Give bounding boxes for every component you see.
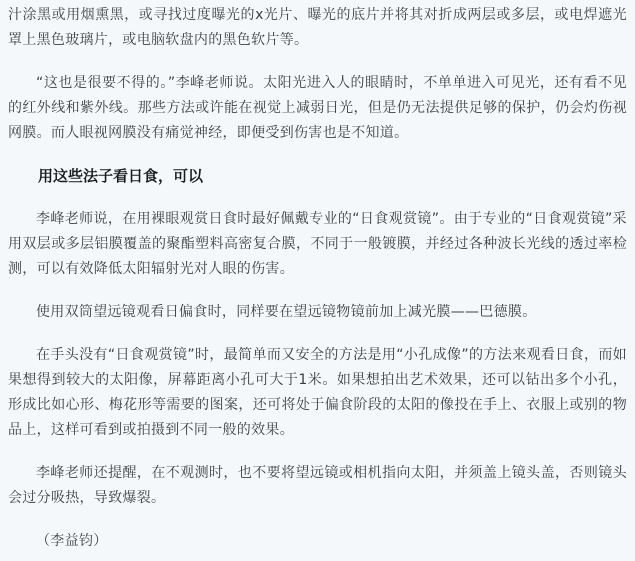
paragraph-methods-continuation: 汁涂黑或用烟熏黑，或寻找过度曝光的x光片、曝光的底片并将其对折成两层或多层，或电…: [8, 3, 627, 53]
section-heading: 用这些法子看日食，可以: [8, 164, 627, 189]
article-body: 汁涂黑或用烟熏黑，或寻找过度曝光的x光片、曝光的底片并将其对折成两层或多层，或电…: [0, 0, 635, 554]
paragraph-binoculars-filter: 使用双筒望远镜观看日偏食时，同样要在望远镜物镜前加上减光膜——巴德膜。: [8, 300, 627, 325]
paragraph-lens-cap-reminder: 李峰老师还提醒，在不观测时，也不要将望远镜或相机指向太阳，并须盖上镜头盖，否则镜…: [8, 461, 627, 511]
paragraph-pinhole-imaging: 在手头没有“日食观赏镜”时，最简单而又安全的方法是用“小孔成像”的方法来观看日食…: [8, 343, 627, 443]
paragraph-quote-warning: “这也是很要不得的。”李峰老师说。太阳光进入人的眼睛时，不单单进入可见光，还有看…: [8, 71, 627, 146]
paragraph-eclipse-glasses: 李峰老师说，在用裸眼观赏日食时最好佩戴专业的“日食观赏镜”。由于专业的“日食观赏…: [8, 207, 627, 282]
author-signature: （李益钧）: [8, 529, 627, 554]
